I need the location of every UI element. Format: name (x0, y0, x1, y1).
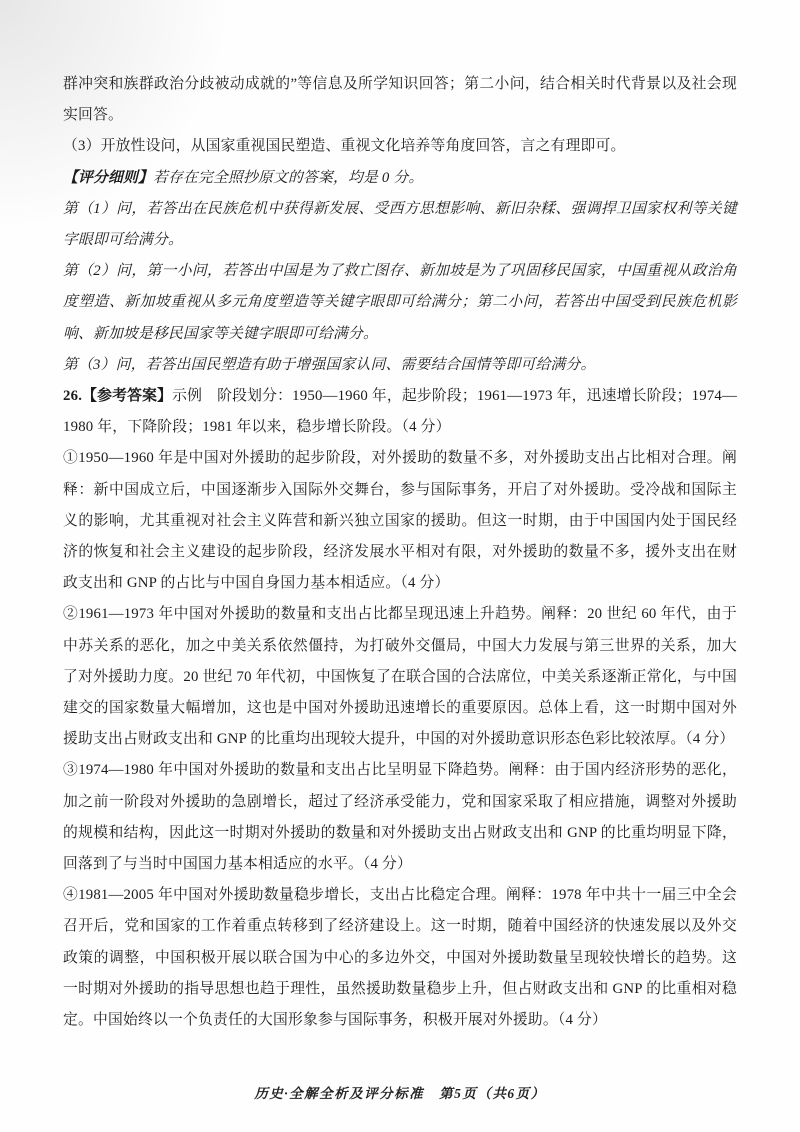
paragraph-scoring-q2: 第（2）问，第一小问，若答出中国是为了救亡图存、新加坡是为了巩固移民国家，中国重… (63, 256, 737, 350)
scoring-rules-label: 【评分细则】 (63, 170, 153, 186)
paragraph-scoring-q1: 第（1）问，若答出在民族危机中获得新发展、受西方思想影响、新旧杂糅、强调捍卫国家… (63, 194, 737, 256)
paragraph-stage1: ①1950—1960 年是中国对外援助的起步阶段，对外援助的数量不多，对外援助支… (63, 443, 737, 599)
paragraph-text: 第（1）问，若答出在民族危机中获得新发展、受西方思想影响、新旧杂糅、强调捍卫国家… (63, 201, 737, 248)
page-footer: 历史·全解全析及评分标准 第5页（共6页） (0, 1082, 800, 1102)
exam-answer-key-page: 群冲突和族群政治分歧被动成就的”等信息及所学知识回答；第二小问，结合相关时代背景… (0, 0, 800, 1132)
paragraph-text: ①1950—1960 年是中国对外援助的起步阶段，对外援助的数量不多，对外援助支… (63, 450, 737, 591)
paragraph-stage4: ④1981—2005 年中国对外援助数量稳步增长，支出占比稳定合理。阐释：197… (63, 880, 737, 1036)
paragraph-stage3: ③1974—1980 年中国对外援助的数量和支出占比呈明显下降趋势。阐释：由于国… (63, 755, 737, 880)
paragraph-stage2: ②1961—1973 年中国对外援助的数量和支出占比都呈现迅速上升趋势。阐释：2… (63, 599, 737, 755)
paragraph-continuation: 群冲突和族群政治分歧被动成就的”等信息及所学知识回答；第二小问，结合相关时代背景… (63, 69, 737, 131)
paragraph-text: ②1961—1973 年中国对外援助的数量和支出占比都呈现迅速上升趋势。阐释：2… (63, 606, 737, 747)
paragraph-text: 第（2）问，第一小问，若答出中国是为了救亡图存、新加坡是为了巩固移民国家，中国重… (63, 263, 737, 341)
paragraph-scoring-rules: 【评分细则】若存在完全照抄原文的答案，均是 0 分。 (63, 163, 737, 194)
paragraph-text: ④1981—2005 年中国对外援助数量稳步增长，支出占比稳定合理。阐释：197… (63, 887, 737, 1028)
paragraph-text: （3）开放性设问，从国家重视国民塑造、重视文化培养等角度回答，言之有理即可。 (63, 138, 626, 154)
paragraph-text: ③1974—1980 年中国对外援助的数量和支出占比呈明显下降趋势。阐释：由于国… (63, 762, 737, 872)
paragraph-question3-answer: （3）开放性设问，从国家重视国民塑造、重视文化培养等角度回答，言之有理即可。 (63, 131, 737, 162)
paragraph-text: 若存在完全照抄原文的答案，均是 0 分。 (153, 170, 423, 186)
reference-answer-label: 26.【参考答案】 (63, 388, 172, 404)
paragraph-question26-answer: 26.【参考答案】示例 阶段划分：1950—1960 年，起步阶段；1961—1… (63, 381, 737, 443)
paragraph-text: 群冲突和族群政治分歧被动成就的”等信息及所学知识回答；第二小问，结合相关时代背景… (63, 76, 737, 123)
paragraph-text: 第（3）问，若答出国民塑造有助于增强国家认同、需要结合国情等即可给满分。 (63, 357, 596, 373)
paragraph-scoring-q3: 第（3）问，若答出国民塑造有助于增强国家认同、需要结合国情等即可给满分。 (63, 350, 737, 381)
